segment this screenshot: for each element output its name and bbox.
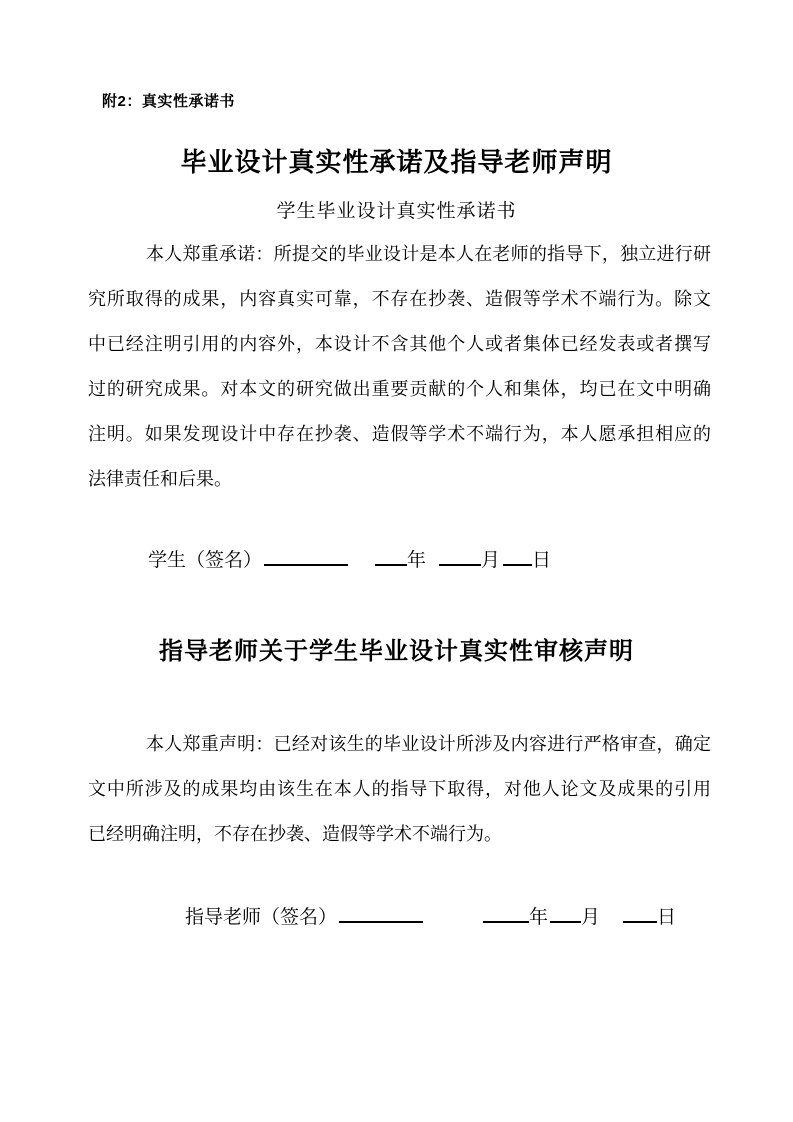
student-commitment-paragraph: 本人郑重承诺：所提交的毕业设计是本人在老师的指导下，独立进行研 究所取得的成果，… xyxy=(88,232,711,502)
signature-name-blank xyxy=(264,548,348,566)
paragraph-line: 本人郑重承诺：所提交的毕业设计是本人在老师的指导下，独立进行研 xyxy=(88,232,711,277)
day-label: 日 xyxy=(657,907,676,928)
signature-year-blank xyxy=(375,548,407,566)
signature-month-blank xyxy=(550,905,581,923)
student-subtitle: 学生毕业设计真实性承诺书 xyxy=(0,196,793,223)
student-signature-line: 学生（签名）年月日 xyxy=(148,546,551,576)
year-label: 年 xyxy=(529,907,548,928)
paragraph-line: 究所取得的成果，内容真实可靠，不存在抄袭、造假等学术不端行为。除文 xyxy=(88,277,711,322)
paragraph-line: 法律责任和后果。 xyxy=(88,457,711,502)
paragraph-line: 过的研究成果。对本文的研究做出重要贡献的个人和集体，均已在文中明确 xyxy=(88,367,711,412)
month-label: 月 xyxy=(581,907,600,928)
year-label: 年 xyxy=(407,550,426,571)
advisor-statement-paragraph: 本人郑重声明：已经对该生的毕业设计所涉及内容进行严格审查，确定 文中所涉及的成果… xyxy=(88,722,711,857)
signature-day-blank xyxy=(503,548,532,566)
advisor-title: 指导老师关于学生毕业设计真实性审核声明 xyxy=(0,631,793,666)
student-signature-label: 学生（签名） xyxy=(148,550,262,571)
month-label: 月 xyxy=(481,550,500,571)
advisor-signature-label: 指导老师（签名） xyxy=(185,907,337,928)
paragraph-line: 注明。如果发现设计中存在抄袭、造假等学术不端行为，本人愿承担相应的 xyxy=(88,412,711,457)
document-page: 附2：真实性承诺书 毕业设计真实性承诺及指导老师声明 学生毕业设计真实性承诺书 … xyxy=(0,0,793,1122)
main-title: 毕业设计真实性承诺及指导老师声明 xyxy=(0,142,793,179)
advisor-signature-line: 指导老师（签名）年月日 xyxy=(185,903,676,933)
signature-day-blank xyxy=(623,905,657,923)
signature-month-blank xyxy=(439,548,481,566)
attachment-label: 附2：真实性承诺书 xyxy=(102,90,235,111)
paragraph-line: 本人郑重声明：已经对该生的毕业设计所涉及内容进行严格审查，确定 xyxy=(88,722,711,767)
day-label: 日 xyxy=(532,550,551,571)
paragraph-line: 文中所涉及的成果均由该生在本人的指导下取得，对他人论文及成果的引用 xyxy=(88,767,711,812)
signature-name-blank xyxy=(339,905,423,923)
paragraph-line: 已经明确注明，不存在抄袭、造假等学术不端行为。 xyxy=(88,812,711,857)
paragraph-line: 中已经注明引用的内容外，本设计不含其他个人或者集体已经发表或者撰写 xyxy=(88,322,711,367)
signature-year-blank xyxy=(483,905,529,923)
